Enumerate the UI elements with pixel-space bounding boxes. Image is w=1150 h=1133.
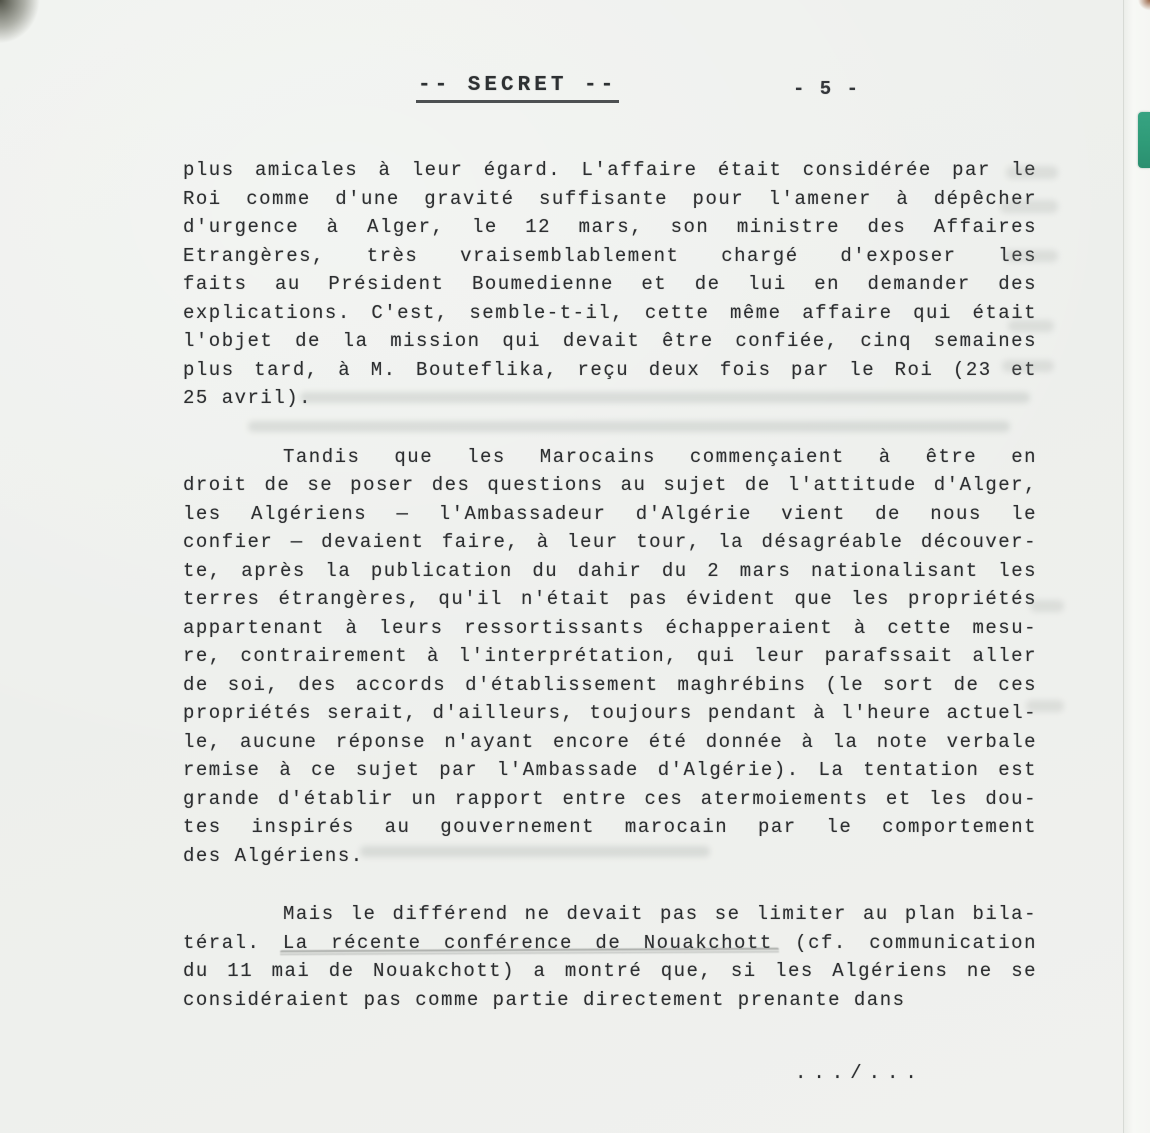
bleedthrough-smudge (1002, 360, 1054, 372)
text-segment: téral. (183, 932, 283, 954)
classification-heading: -- SECRET -- (416, 74, 619, 103)
text-line: plus tard, à M. Bouteflika, reçu deux fo… (183, 356, 1037, 385)
paragraph: Mais le différend ne devait pas se limit… (183, 900, 1037, 1014)
text-line: confier — devaient faire, à leur tour, l… (183, 528, 1037, 557)
text-line: l'objet de la mission qui devait être co… (183, 327, 1037, 356)
pencil-underlined-phrase: La récente conférence de Nouakchott (283, 932, 773, 954)
text-line: re, contrairement à l'interprétation, qu… (183, 642, 1037, 671)
page-number: - 5 - (793, 78, 860, 100)
bleedthrough-smudge (360, 846, 710, 857)
text-line: droit de se poser des questions au sujet… (183, 471, 1037, 500)
text-line: grande d'établir un rapport entre ces at… (183, 785, 1037, 814)
bleedthrough-smudge (248, 421, 1010, 432)
text-line: les Algériens — l'Ambassadeur d'Algérie … (183, 500, 1037, 529)
text-line: faits au Président Boumedienne et de lui… (183, 270, 1037, 299)
scan-edge-strip (1123, 0, 1150, 1133)
bleedthrough-smudge (1006, 166, 1058, 179)
bleedthrough-smudge (1030, 600, 1064, 612)
bleedthrough-smudge (1008, 320, 1054, 332)
text-line: Etrangères, très vraisemblablement charg… (183, 242, 1037, 271)
continuation-mark: .../... (795, 1062, 924, 1084)
text-line: terres étrangères, qu'il n'était pas évi… (183, 585, 1037, 614)
text-line: du 11 mai de Nouakchott) a montré que, s… (183, 957, 1037, 986)
text-line: Roi comme d'une gravité suffisante pour … (183, 185, 1037, 214)
paragraph: Tandis que les Marocains commençaient à … (183, 443, 1037, 871)
text-line: considéraient pas comme partie directeme… (183, 986, 1037, 1015)
text-segment: (cf. communication (773, 932, 1037, 954)
scanned-document-page: -- SECRET -- - 5 - plus amicales à leur … (0, 0, 1150, 1133)
green-tab (1138, 112, 1150, 168)
bleedthrough-smudge (1000, 200, 1058, 213)
text-line: explications. C'est, semble-t-il, cette … (183, 299, 1037, 328)
corner-mark-top-right (1136, 0, 1150, 13)
text-line: te, après la publication du dahir du 2 m… (183, 557, 1037, 586)
text-line: propriétés serait, d'ailleurs, toujours … (183, 699, 1037, 728)
text-line: plus amicales à leur égard. L'affaire ét… (183, 156, 1037, 185)
text-line: appartenant à leurs ressortissants échap… (183, 614, 1037, 643)
text-line: de soi, des accords d'établissement magh… (183, 671, 1037, 700)
corner-shadow-top-left (0, 0, 46, 56)
paragraph: plus amicales à leur égard. L'affaire ét… (183, 156, 1037, 413)
text-line: d'urgence à Alger, le 12 mars, son minis… (183, 213, 1037, 242)
bleedthrough-smudge (1026, 700, 1064, 712)
bleedthrough-smudge (300, 392, 1030, 403)
document-body: plus amicales à leur égard. L'affaire ét… (183, 156, 1037, 1044)
text-line: le, aucune réponse n'ayant encore été do… (183, 728, 1037, 757)
text-line: téral. La récente conférence de Nouakcho… (183, 929, 1037, 958)
text-line: tes inspirés au gouvernement marocain pa… (183, 813, 1037, 842)
text-line: remise à ce sujet par l'Ambassade d'Algé… (183, 756, 1037, 785)
bleedthrough-smudge (1004, 250, 1058, 262)
text-line: Tandis que les Marocains commençaient à … (183, 443, 1037, 472)
text-line: Mais le différend ne devait pas se limit… (183, 900, 1037, 929)
